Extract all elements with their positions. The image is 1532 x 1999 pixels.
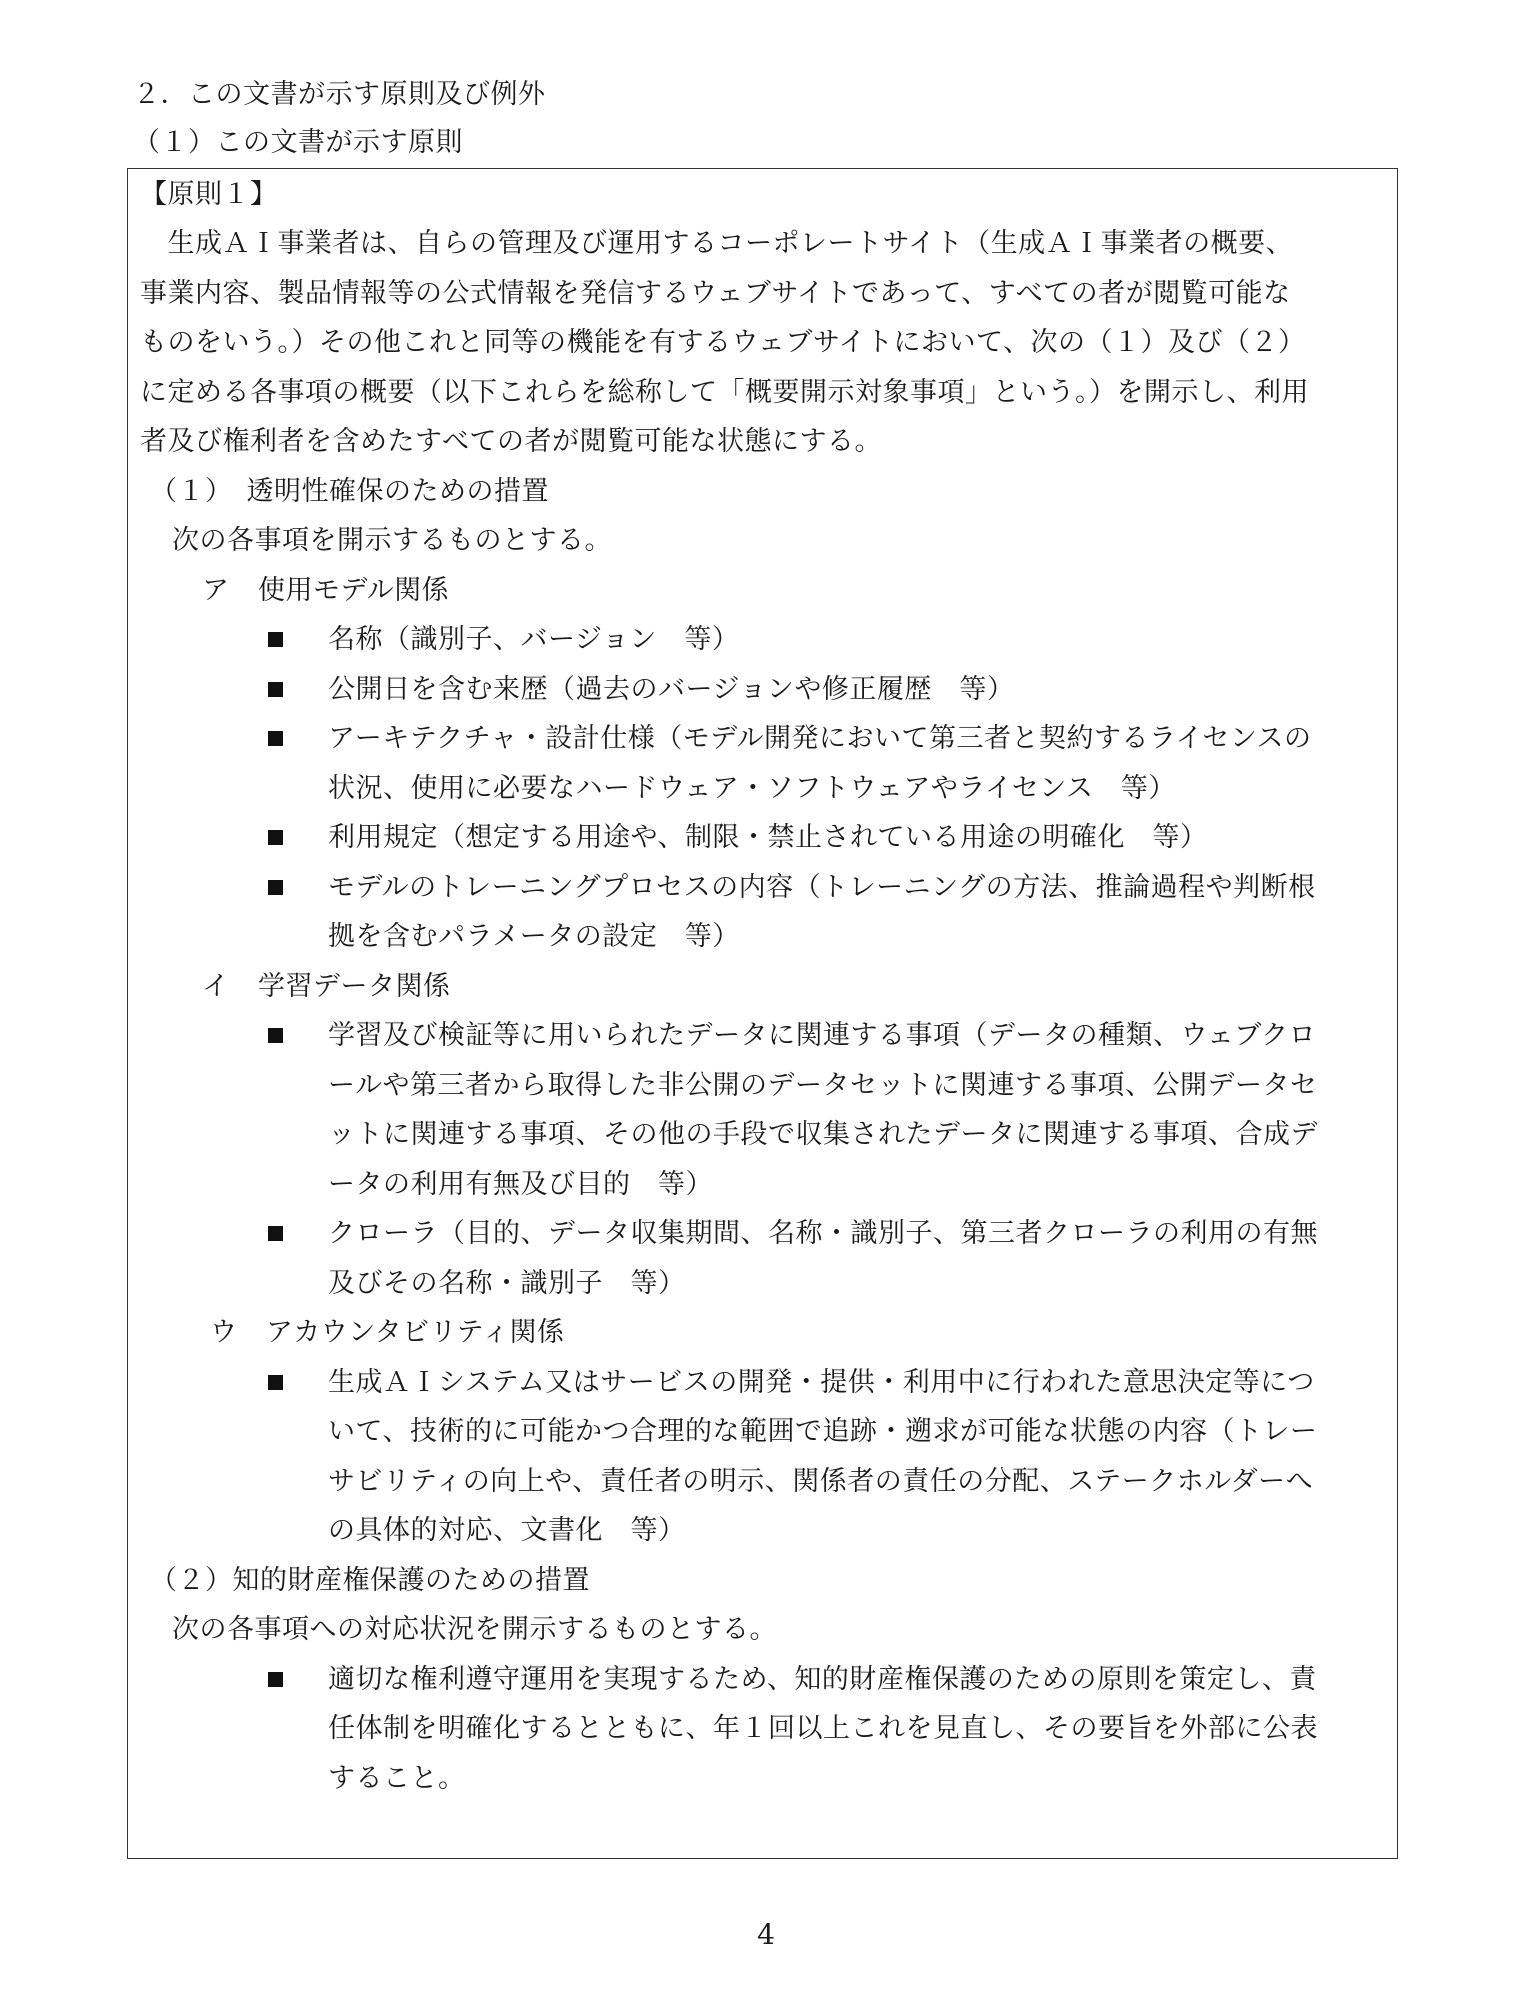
list-item: 利用規定（想定する用途や、制限・禁止されている用途の明確化 等） [328,813,1207,863]
principle-title: 【原則１】 [140,170,278,220]
list-item: クローラ（目的、データ収集期間、名称・識別子、第三者クローラの利用の有無 [328,1209,1318,1259]
list-item: 名称（識別子、バージョン 等） [328,615,739,665]
measure2-heading: （２）知的財産権保護のための措置 [150,1556,590,1606]
list-item-cont: 及びその名称・識別子 等） [328,1259,686,1309]
list-item: モデルのトレーニングプロセスの内容（トレーニングの方法、推論過程や判断根 [328,863,1316,913]
list-item-cont: ットに関連する事項、その他の手段で収集されたデータに関連する事項、合成デ [328,1110,1318,1160]
list-item-cont: いて、技術的に可能かつ合理的な範囲で追跡・遡求が可能な状態の内容（トレー [328,1407,1317,1457]
bullet-icon [268,632,283,647]
list-item-cont: の具体的対応、文書化 等） [328,1506,686,1556]
list-item: 適切な権利遵守運用を実現するため、知的財産権保護のための原則を策定し、責 [328,1655,1317,1705]
list-item: 公開日を含む来歴（過去のバージョンや修正履歴 等） [328,665,1014,715]
intro-line: 生成ＡＩ事業者は、自らの管理及び運用するコーポレートサイト（生成ＡＩ事業者の概要… [140,219,1293,269]
group-title: アカウンタビリティ関係 [266,1308,564,1358]
group-marker: ウ [210,1308,238,1358]
list-item-cont: ールや第三者から取得した非公開のデータセットに関連する事項、公開データセ [328,1061,1317,1111]
group-marker: ア [202,566,230,616]
list-item-cont: 拠を含むパラメータの設定 等） [328,912,740,962]
intro-line: ものをいう。）その他これと同等の機能を有するウェブサイトにおいて、次の（１）及び… [140,318,1306,368]
measure1-lead: 次の各事項を開示するものとする。 [172,516,612,566]
list-item-cont: 任体制を明確化するとともに、年１回以上これを見直し、その要旨を外部に公表 [328,1704,1318,1754]
intro-line: 事業内容、製品情報等の公式情報を発信するウェブサイトであって、すべての者が閲覧可… [140,269,1291,319]
list-item: アーキテクチャ・設計仕様（モデル開発において第三者と契約するライセンスの [328,714,1312,764]
subsection-heading: （１）この文書が示す原則 [133,118,463,168]
bullet-icon [268,1375,283,1390]
list-item-cont: すること。 [328,1754,466,1804]
list-item: 生成ＡＩシステム又はサービスの開発・提供・利用中に行われた意思決定等につ [328,1358,1315,1408]
bullet-icon [268,1226,283,1241]
bullet-icon [268,1028,283,1043]
intro-line: 者及び権利者を含めたすべての者が閲覧可能な状態にする。 [140,417,882,467]
bullet-icon [268,1672,283,1687]
page-number: 4 [0,1912,1532,1958]
group-title: 使用モデル関係 [258,566,449,616]
section-heading: ２．この文書が示す原則及び例外 [133,70,546,120]
measure2-lead: 次の各事項への対応状況を開示するものとする。 [172,1605,777,1655]
bullet-icon [268,682,283,697]
group-title: 学習データ関係 [258,962,451,1012]
intro-line: に定める各事項の概要（以下これらを総称して「概要開示対象事項」という。）を開示し… [140,368,1309,418]
group-marker: イ [202,962,230,1012]
bullet-icon [268,830,283,845]
measure1-heading: （１） 透明性確保のための措置 [150,467,549,517]
list-item-cont: サビリティの向上や、責任者の明示、関係者の責任の分配、ステークホルダーへ [328,1457,1313,1507]
list-item-cont: 状況、使用に必要なハードウェア・ソフトウェアやライセンス 等） [328,764,1176,814]
bullet-icon [268,880,283,895]
bullet-icon [268,731,283,746]
list-item-cont: ータの利用有無及び目的 等） [328,1160,713,1210]
list-item: 学習及び検証等に用いられたデータに関連する事項（データの種類、ウェブクロ [328,1011,1316,1061]
